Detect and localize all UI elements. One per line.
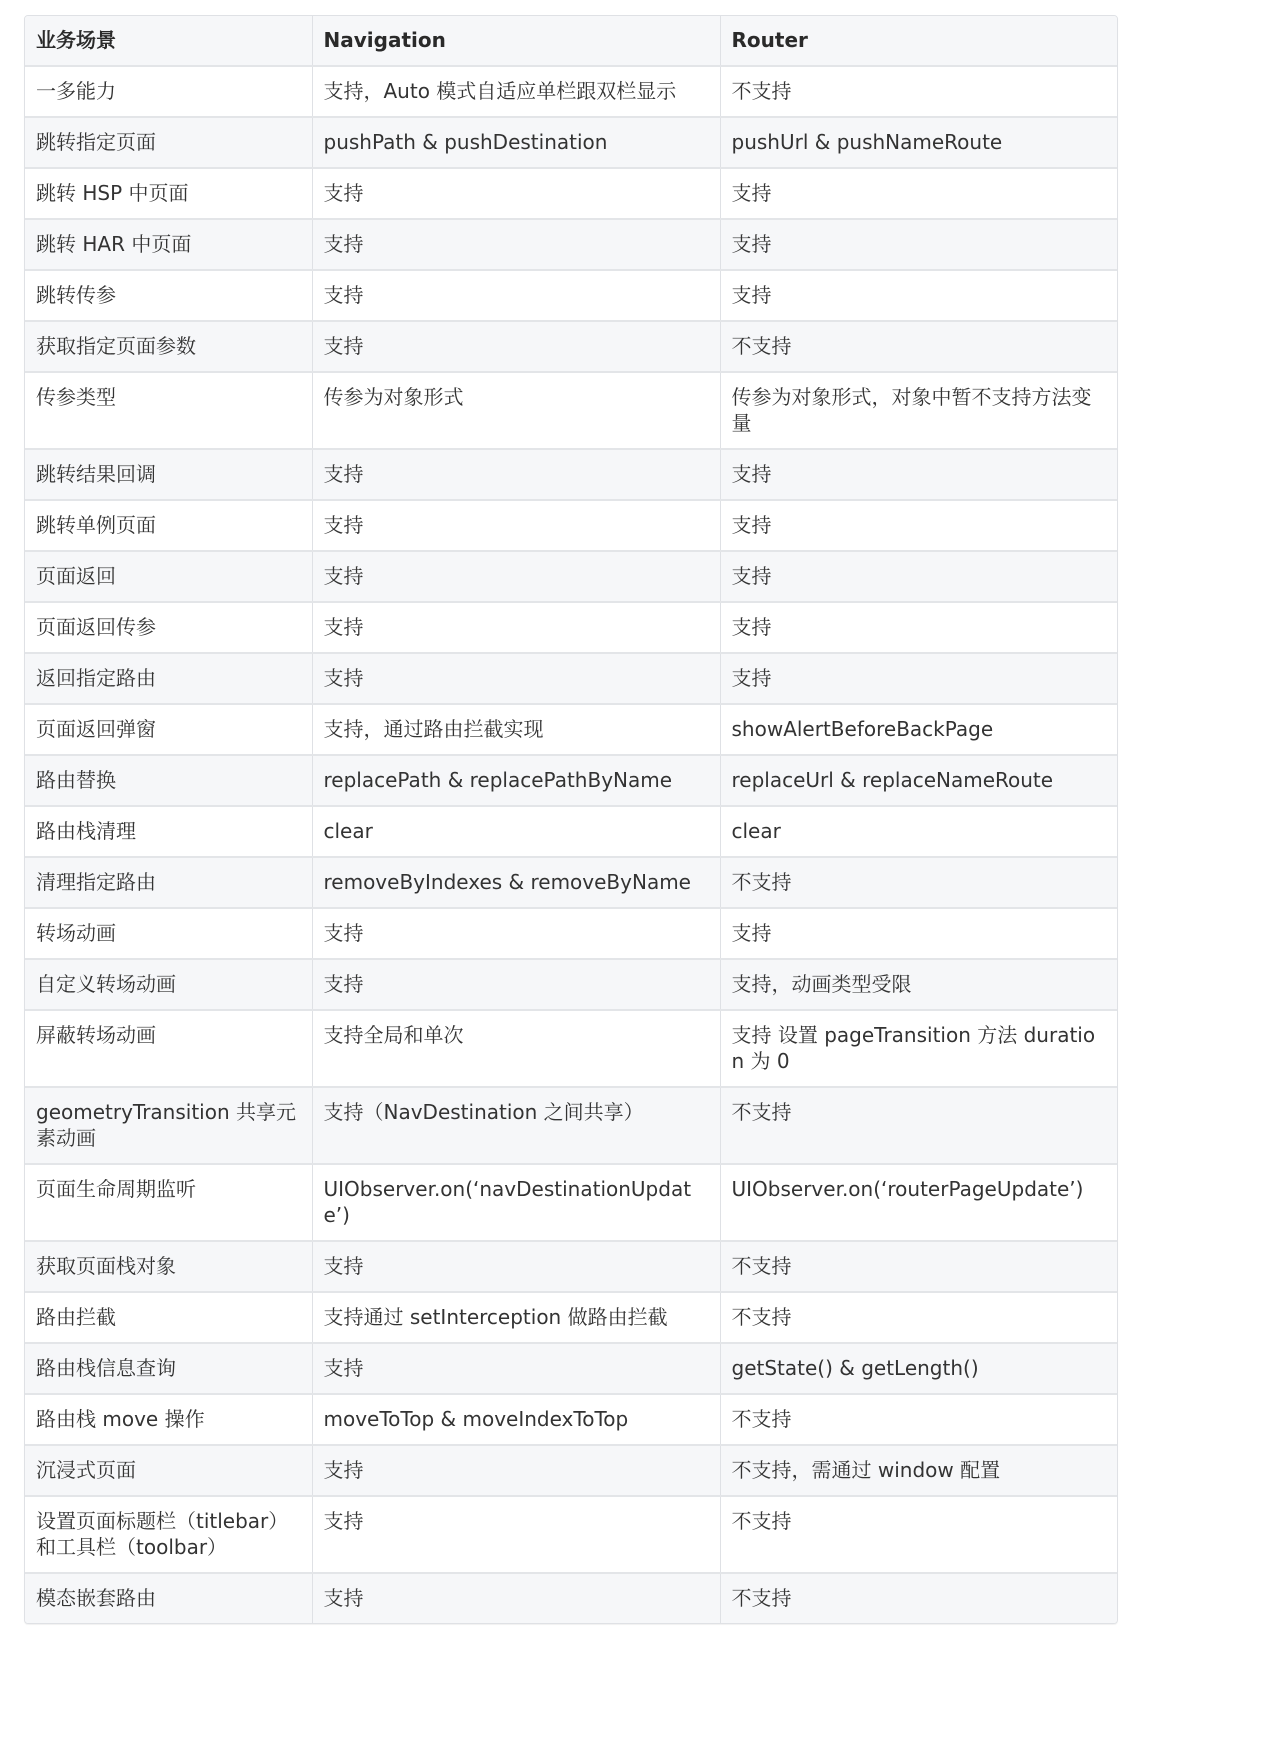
cell-navigation: 支持全局和单次 [312, 1010, 720, 1087]
cell-navigation: 支持 [312, 1445, 720, 1496]
cell-navigation: 支持 [312, 1241, 720, 1292]
cell-navigation: 支持 [312, 653, 720, 704]
cell-router: 支持 [720, 602, 1117, 653]
cell-navigation: 支持 [312, 602, 720, 653]
cell-navigation: 传参为对象形式 [312, 372, 720, 449]
cell-router: 支持 [720, 219, 1117, 270]
cell-scenario: 传参类型 [25, 372, 312, 449]
cell-navigation: 支持 [312, 168, 720, 219]
navigation-router-comparison-table: 业务场景 Navigation Router 一多能力支持，Auto 模式自适应… [25, 16, 1117, 1623]
cell-navigation: 支持 [312, 449, 720, 500]
cell-router: UIObserver.on(‘routerPageUpdate’) [720, 1164, 1117, 1241]
cell-router: 不支持，需通过 window 配置 [720, 1445, 1117, 1496]
comparison-table-container: 业务场景 Navigation Router 一多能力支持，Auto 模式自适应… [24, 15, 1118, 1624]
cell-router: replaceUrl & replaceNameRoute [720, 755, 1117, 806]
cell-navigation: 支持 [312, 321, 720, 372]
cell-router: 不支持 [720, 1573, 1117, 1623]
table-row: 沉浸式页面支持不支持，需通过 window 配置 [25, 1445, 1117, 1496]
cell-navigation: replacePath & replacePathByName [312, 755, 720, 806]
cell-scenario: 获取页面栈对象 [25, 1241, 312, 1292]
cell-scenario: 自定义转场动画 [25, 959, 312, 1010]
table-row: 跳转结果回调支持支持 [25, 449, 1117, 500]
table-row: 页面返回支持支持 [25, 551, 1117, 602]
cell-router: showAlertBeforeBackPage [720, 704, 1117, 755]
cell-navigation: 支持 [312, 1343, 720, 1394]
table-row: 路由栈信息查询支持getState() & getLength() [25, 1343, 1117, 1394]
cell-scenario: 跳转传参 [25, 270, 312, 321]
cell-router: 支持 [720, 500, 1117, 551]
cell-router: clear [720, 806, 1117, 857]
cell-navigation: 支持通过 setInterception 做路由拦截 [312, 1292, 720, 1343]
header-scenario: 业务场景 [25, 16, 312, 66]
cell-navigation: moveToTop & moveIndexToTop [312, 1394, 720, 1445]
cell-router: 支持 [720, 270, 1117, 321]
table-row: 跳转 HSP 中页面支持支持 [25, 168, 1117, 219]
cell-router: 不支持 [720, 1241, 1117, 1292]
cell-navigation: 支持 [312, 908, 720, 959]
cell-router: 不支持 [720, 321, 1117, 372]
table-row: 跳转传参支持支持 [25, 270, 1117, 321]
cell-scenario: 路由拦截 [25, 1292, 312, 1343]
cell-navigation: 支持 [312, 270, 720, 321]
cell-scenario: 跳转单例页面 [25, 500, 312, 551]
cell-navigation: pushPath & pushDestination [312, 117, 720, 168]
header-navigation: Navigation [312, 16, 720, 66]
cell-router: 支持 [720, 449, 1117, 500]
table-row: 路由替换replacePath & replacePathByNamerepla… [25, 755, 1117, 806]
cell-router: 不支持 [720, 1292, 1117, 1343]
table-row: 跳转指定页面pushPath & pushDestinationpushUrl … [25, 117, 1117, 168]
table-row: 跳转单例页面支持支持 [25, 500, 1117, 551]
cell-router: getState() & getLength() [720, 1343, 1117, 1394]
table-row: 获取页面栈对象支持不支持 [25, 1241, 1117, 1292]
table-row: 跳转 HAR 中页面支持支持 [25, 219, 1117, 270]
cell-router: 支持 [720, 551, 1117, 602]
header-router: Router [720, 16, 1117, 66]
cell-scenario: 页面返回弹窗 [25, 704, 312, 755]
table-header-row: 业务场景 Navigation Router [25, 16, 1117, 66]
cell-scenario: 跳转 HAR 中页面 [25, 219, 312, 270]
table-row: 屏蔽转场动画支持全局和单次支持 设置 pageTransition 方法 dur… [25, 1010, 1117, 1087]
cell-router: 不支持 [720, 857, 1117, 908]
cell-scenario: 获取指定页面参数 [25, 321, 312, 372]
table-row: 一多能力支持，Auto 模式自适应单栏跟双栏显示不支持 [25, 66, 1117, 117]
cell-router: 不支持 [720, 1496, 1117, 1573]
cell-navigation: 支持，通过路由拦截实现 [312, 704, 720, 755]
table-row: 传参类型传参为对象形式传参为对象形式，对象中暂不支持方法变量 [25, 372, 1117, 449]
cell-router: 支持 设置 pageTransition 方法 duration 为 0 [720, 1010, 1117, 1087]
table-row: 路由栈清理clearclear [25, 806, 1117, 857]
table-row: 页面返回传参支持支持 [25, 602, 1117, 653]
cell-navigation: UIObserver.on(‘navDestinationUpdate’) [312, 1164, 720, 1241]
cell-router: 支持 [720, 168, 1117, 219]
cell-navigation: removeByIndexes & removeByName [312, 857, 720, 908]
table-row: 返回指定路由支持支持 [25, 653, 1117, 704]
cell-scenario: 路由栈 move 操作 [25, 1394, 312, 1445]
cell-navigation: 支持 [312, 551, 720, 602]
table-row: 清理指定路由removeByIndexes & removeByName不支持 [25, 857, 1117, 908]
cell-scenario: 屏蔽转场动画 [25, 1010, 312, 1087]
cell-scenario: 跳转结果回调 [25, 449, 312, 500]
cell-scenario: 清理指定路由 [25, 857, 312, 908]
cell-navigation: 支持 [312, 1573, 720, 1623]
cell-router: 不支持 [720, 1087, 1117, 1164]
table-row: 自定义转场动画支持支持，动画类型受限 [25, 959, 1117, 1010]
cell-navigation: 支持，Auto 模式自适应单栏跟双栏显示 [312, 66, 720, 117]
cell-router: 不支持 [720, 66, 1117, 117]
cell-scenario: 设置页面标题栏（titlebar）和工具栏（toolbar） [25, 1496, 312, 1573]
table-row: 设置页面标题栏（titlebar）和工具栏（toolbar）支持不支持 [25, 1496, 1117, 1573]
cell-scenario: 一多能力 [25, 66, 312, 117]
cell-router: 支持 [720, 653, 1117, 704]
cell-scenario: 返回指定路由 [25, 653, 312, 704]
cell-navigation: 支持（NavDestination 之间共享） [312, 1087, 720, 1164]
cell-scenario: 模态嵌套路由 [25, 1573, 312, 1623]
cell-navigation: 支持 [312, 959, 720, 1010]
cell-scenario: 沉浸式页面 [25, 1445, 312, 1496]
cell-scenario: 路由栈信息查询 [25, 1343, 312, 1394]
cell-navigation: 支持 [312, 219, 720, 270]
cell-scenario: 路由栈清理 [25, 806, 312, 857]
table-row: 页面返回弹窗支持，通过路由拦截实现showAlertBeforeBackPage [25, 704, 1117, 755]
table-row: geometryTransition 共享元素动画支持（NavDestinati… [25, 1087, 1117, 1164]
cell-scenario: 页面返回传参 [25, 602, 312, 653]
table-row: 转场动画支持支持 [25, 908, 1117, 959]
cell-router: 支持 [720, 908, 1117, 959]
cell-scenario: 页面生命周期监听 [25, 1164, 312, 1241]
cell-navigation: 支持 [312, 1496, 720, 1573]
cell-scenario: 跳转 HSP 中页面 [25, 168, 312, 219]
cell-scenario: 路由替换 [25, 755, 312, 806]
table-row: 模态嵌套路由支持不支持 [25, 1573, 1117, 1623]
table-row: 路由栈 move 操作moveToTop & moveIndexToTop不支持 [25, 1394, 1117, 1445]
cell-scenario: 跳转指定页面 [25, 117, 312, 168]
cell-router: pushUrl & pushNameRoute [720, 117, 1117, 168]
cell-scenario: 转场动画 [25, 908, 312, 959]
cell-navigation: clear [312, 806, 720, 857]
cell-scenario: 页面返回 [25, 551, 312, 602]
cell-router: 不支持 [720, 1394, 1117, 1445]
table-row: 页面生命周期监听UIObserver.on(‘navDestinationUpd… [25, 1164, 1117, 1241]
cell-navigation: 支持 [312, 500, 720, 551]
cell-scenario: geometryTransition 共享元素动画 [25, 1087, 312, 1164]
table-row: 获取指定页面参数支持不支持 [25, 321, 1117, 372]
cell-router: 传参为对象形式，对象中暂不支持方法变量 [720, 372, 1117, 449]
cell-router: 支持，动画类型受限 [720, 959, 1117, 1010]
table-row: 路由拦截支持通过 setInterception 做路由拦截不支持 [25, 1292, 1117, 1343]
